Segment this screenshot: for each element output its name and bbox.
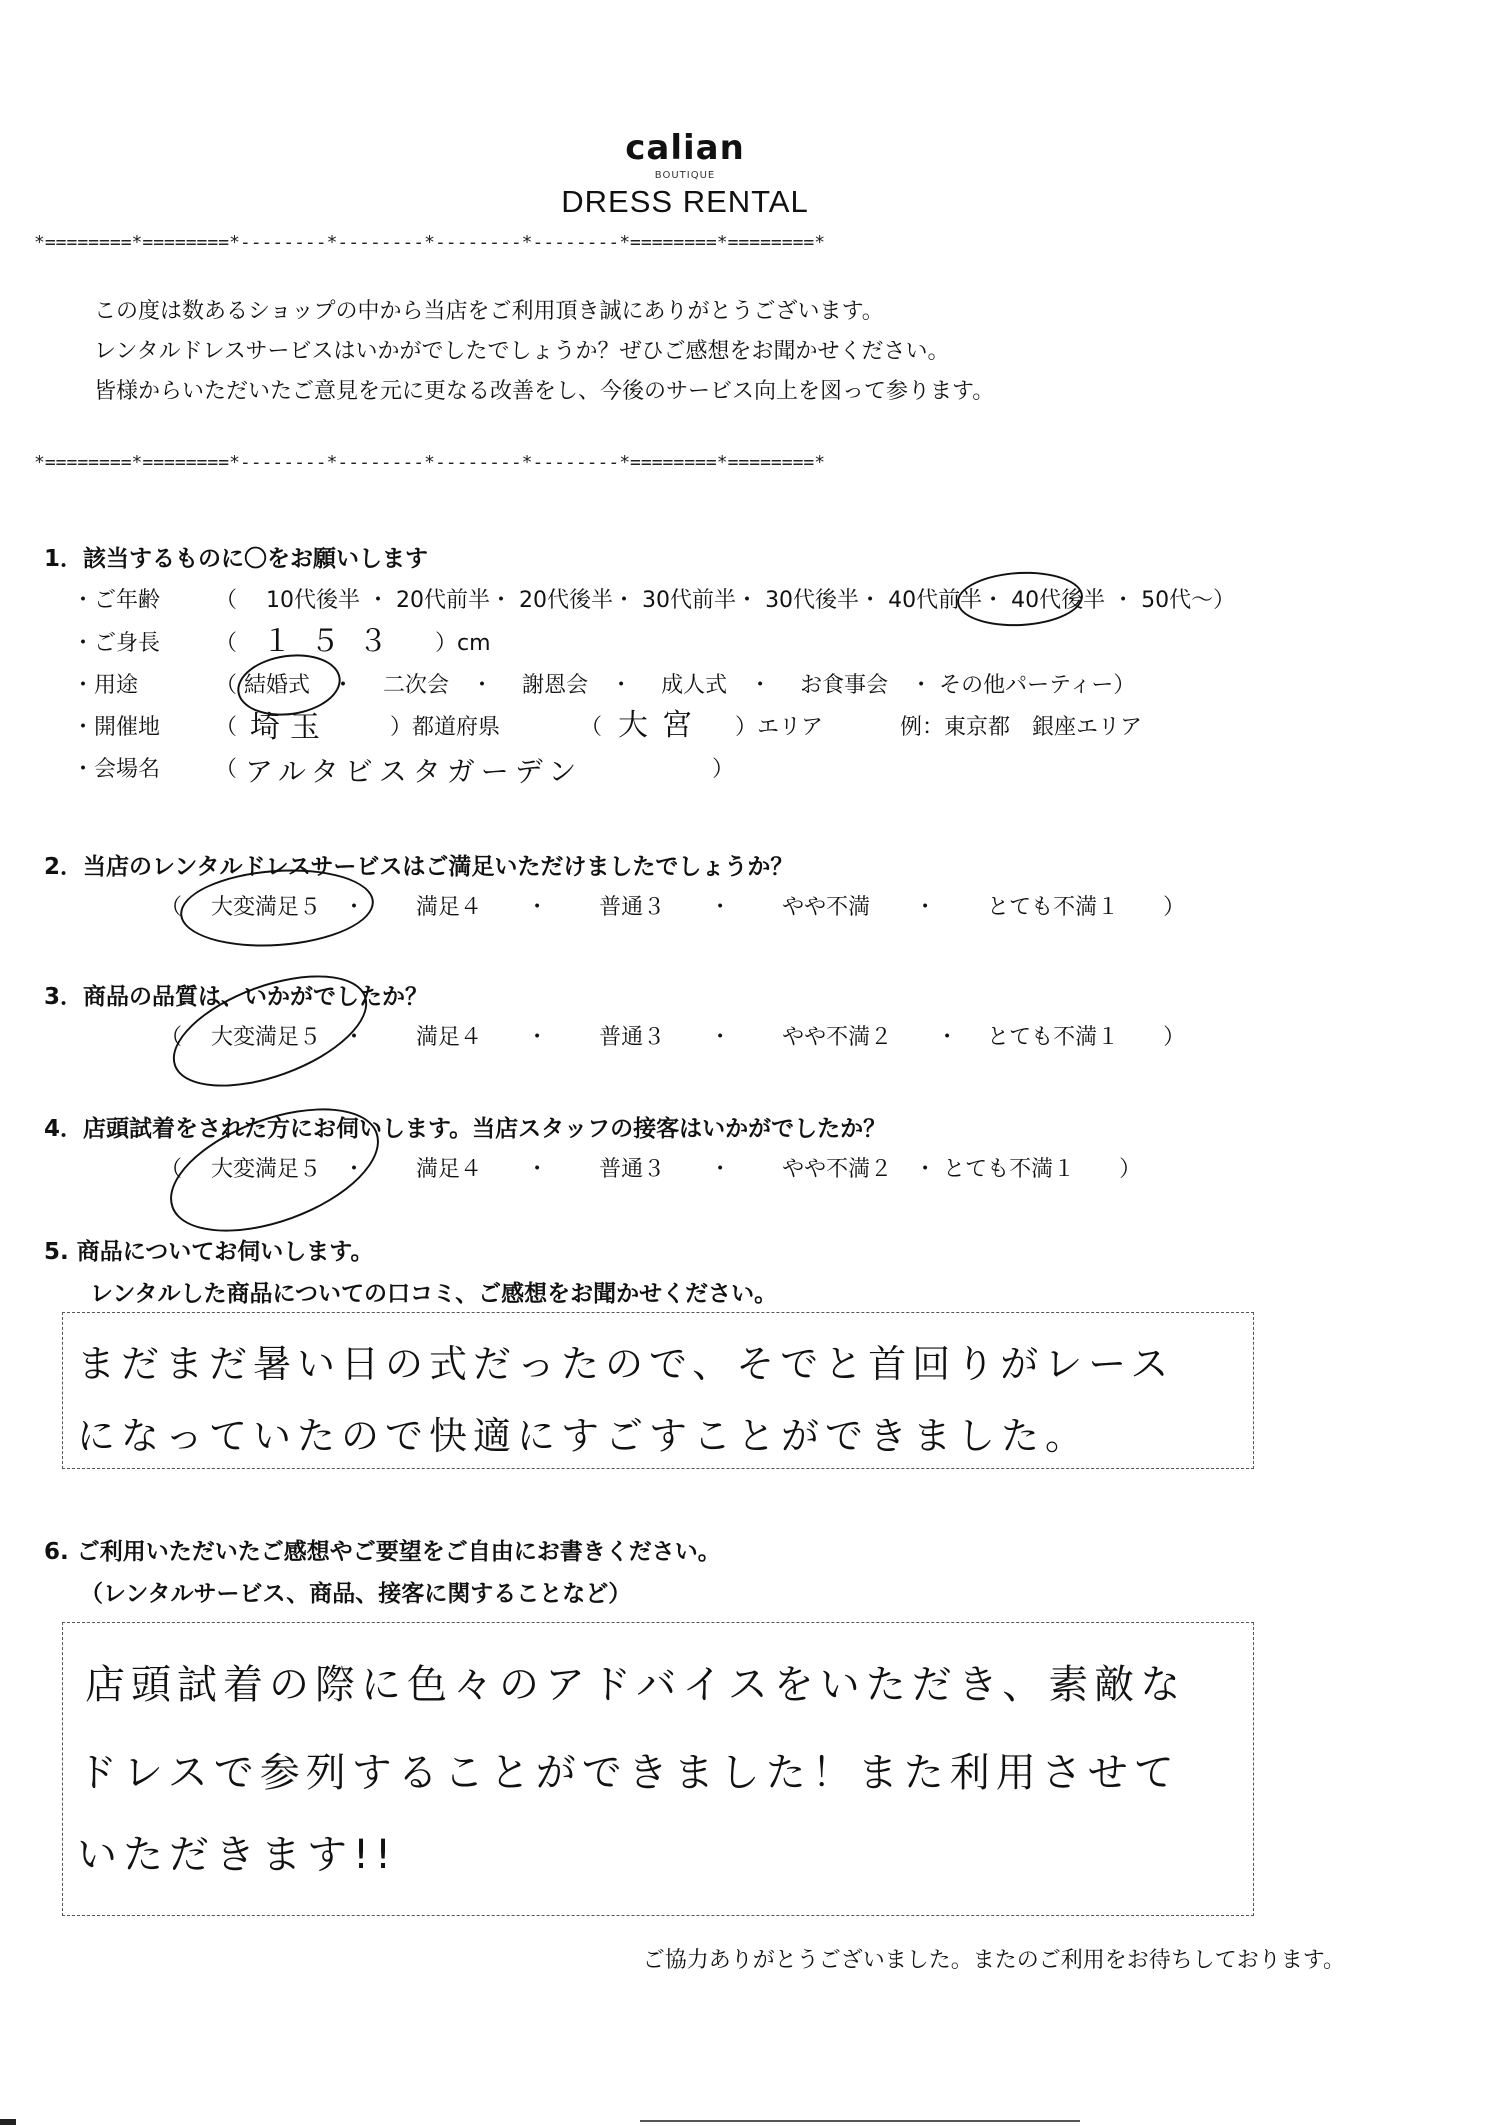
prefecture-value[interactable]: 埼玉: [250, 702, 330, 746]
q2-option[interactable]: やや不満: [782, 895, 870, 920]
purpose-option[interactable]: 謝恩会: [522, 673, 588, 698]
question-2-title: 2．当店のレンタルドレスサービスはご満足いただけましたでしょうか？: [44, 848, 793, 881]
age-option[interactable]: 20代前半: [396, 588, 490, 613]
q5-answer-box[interactable]: まだまだ暑い日の式だったので、そでと首回りがレース になっていたので快適にすごす…: [62, 1312, 1254, 1469]
selection-circle-age: [956, 569, 1085, 630]
intro-line: 皆様からいただいたご意見を元に更なる改善をし、今後のサービス向上を図って参ります…: [94, 372, 994, 412]
q5-answer-line: になっていたので快適にすごすことができました。: [77, 1405, 1089, 1460]
question-5-subtitle: レンタルした商品についての口コミ、ご感想をお聞かせください。: [90, 1275, 777, 1308]
q6-answer-line: 店頭試着の際に色々のアドバイスをいただき、素敵な: [85, 1653, 1186, 1710]
purpose-option[interactable]: お食事会: [800, 673, 888, 698]
question-1-title: 1．該当するものに〇をお願いします: [44, 540, 428, 573]
scan-artifact: [640, 2120, 1080, 2122]
age-option[interactable]: 30代前半: [642, 588, 736, 613]
purpose-option[interactable]: 成人式: [661, 673, 727, 698]
intro-line: レンタルドレスサービスはいかがでしたでしょうか？ぜひご感想をお聞かせください。: [94, 332, 994, 372]
purpose-option[interactable]: 二次会: [383, 673, 449, 698]
q4-option[interactable]: 満足４: [416, 1157, 482, 1182]
age-option[interactable]: 10代後半: [266, 588, 360, 613]
age-option[interactable]: 30代後半: [765, 588, 859, 613]
q3-option[interactable]: 満足４: [416, 1025, 482, 1050]
prefecture-suffix: ）都道府県: [390, 710, 500, 741]
separator-bottom: *========*========*--------*--------*---…: [34, 452, 1344, 473]
q4-option[interactable]: 普通３: [599, 1157, 665, 1182]
intro-line: この度は数あるショップの中から当店をご利用頂き誠にありがとうございます。: [94, 292, 994, 332]
location-example: 例：東京都 銀座エリア: [900, 710, 1142, 741]
q6-answer-box[interactable]: 店頭試着の際に色々のアドバイスをいただき、素敵な ドレスで参列することができまし…: [62, 1622, 1254, 1916]
q2-option[interactable]: 満足４: [416, 895, 482, 920]
purpose-options: （ 結婚式 ・ 二次会 ・ 謝恩会 ・ 成人式 ・ お食事会 ・ その他パーティ…: [215, 668, 1135, 699]
q2-option[interactable]: とても不満１: [987, 895, 1119, 920]
footer-thanks: ご協力ありがとうございました。またのご利用をお待ちしております。: [0, 1943, 1345, 1974]
venue-value[interactable]: アルタビスタガーデン: [245, 750, 582, 790]
brand-subtitle: BOUTIQUE: [0, 170, 1370, 181]
q4-option[interactable]: やや不満２: [782, 1157, 892, 1182]
area-value[interactable]: 大宮: [618, 700, 706, 744]
area-suffix: ）エリア: [735, 710, 823, 741]
age-option[interactable]: 20代後半: [519, 588, 613, 613]
selection-circle-q3: [158, 953, 381, 1109]
height-value[interactable]: １５３: [262, 616, 406, 660]
q5-answer-line: まだまだ暑い日の式だったので、そでと首回りがレース: [77, 1333, 1174, 1388]
brand-logo: calian: [0, 128, 1370, 168]
scan-artifact: [0, 2119, 16, 2125]
separator-top: *========*========*--------*--------*---…: [34, 232, 1344, 253]
question-5-title: 5. 商品についてお伺いします。: [44, 1233, 373, 1266]
q3-option[interactable]: とても不満１: [987, 1025, 1119, 1050]
q6-answer-line: ドレスで参列することができました！また利用させて: [77, 1741, 1180, 1798]
purpose-option[interactable]: その他パーティー: [939, 673, 1113, 698]
q6-answer-line: いただきます!!: [77, 1823, 397, 1880]
document-title: DRESS RENTAL: [0, 184, 1370, 220]
intro-text: この度は数あるショップの中から当店をご利用頂き誠にありがとうございます。 レンタ…: [94, 292, 994, 412]
question-6-title: 6. ご利用いただいたご感想やご要望をご自由にお書きください。: [44, 1533, 721, 1566]
height-unit: ）cm: [435, 626, 491, 657]
question-4-title: 4．店頭試着をされた方にお伺いします。当店スタッフの接客はいかがでしたか？: [44, 1110, 886, 1143]
q4-option[interactable]: とても不満１: [943, 1157, 1075, 1182]
age-option[interactable]: 50代～: [1141, 588, 1213, 613]
q2-option[interactable]: 普通３: [599, 895, 665, 920]
question-6-subtitle: （レンタルサービス、商品、接客に関することなど）: [80, 1575, 631, 1608]
q3-option[interactable]: やや不満２: [782, 1025, 892, 1050]
q3-option[interactable]: 普通３: [599, 1025, 665, 1050]
